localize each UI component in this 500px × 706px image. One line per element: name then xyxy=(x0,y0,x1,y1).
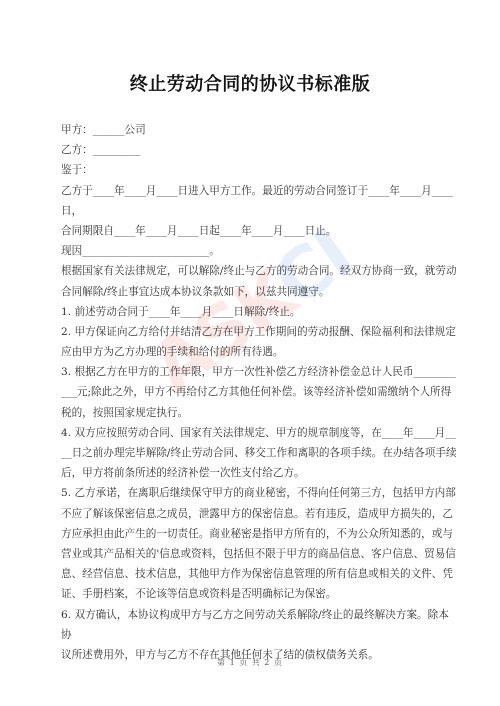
party-b-line: 乙方：_________ xyxy=(61,140,443,160)
clause-4-line-1: 4. 双方应按照劳动合同、国家有关法律规定、甲方的规章制度等，在____年___… xyxy=(61,423,443,443)
document-title: 终止劳动合同的协议书标准版 xyxy=(0,70,500,96)
clause-3-line-3: 税的，按照国家规定执行。 xyxy=(61,403,443,423)
clause-5-line-2: 不应了解该保密信息之成员，泄露甲方的保密信息。若有违反，造成甲方损失的，乙 xyxy=(61,504,443,524)
party-a-line: 甲方：______公司 xyxy=(61,120,443,140)
page-indicator: 第 1 页 共 2 页 xyxy=(0,657,500,668)
clause-5-line-4: 营业或其产品相关的'信息或资料，包括但不限于甲方的商品信息、客户信息、贸易信 xyxy=(61,544,443,564)
whereas-heading: 鉴于： xyxy=(61,160,443,180)
clause-2-line-2: 应由甲方为乙方办理的手续和给付的所有待遇。 xyxy=(61,342,443,362)
employment-date-line: 乙方于____年____月____日进入甲方工作。最近的劳动合同签订于____年… xyxy=(61,181,443,201)
clause-2-line-1: 2. 甲方保证向乙方给付并结清乙方在甲方工作期间的劳动报酬、保险福利和法律规定 xyxy=(61,322,443,342)
document-body: 甲方：______公司 乙方：_________ 鉴于： 乙方于____年___… xyxy=(61,120,443,665)
clause-5-line-6: 证、手册档案，不论该等信息或资料是否明确标记为保密。 xyxy=(61,584,443,604)
clause-3-line-2: ___元;除此之外，甲方不再给付乙方其他任何补偿。该等经济补偿如需缴纳个人所得 xyxy=(61,382,443,402)
employment-date-line-cont: 日， xyxy=(61,201,443,221)
clause-5-line-5: 息、经营信息、技术信息，其他甲方作为保密信息管理的所有信息或相关的文件、凭 xyxy=(61,564,443,584)
clause-5-line-3: 方应承担由此产生的一切责任。商业秘密是指甲方所有的，不为公众所知悉的，或与 xyxy=(61,524,443,544)
clause-4-line-2: __日之前办理完毕解除/终止劳动合同、移交工作和离职的各项手续。在办结各项手续 xyxy=(61,443,443,463)
reason-line: 现因________________________。 xyxy=(61,241,443,261)
document-page: ASKCI 终止劳动合同的协议书标准版 甲方：______公司 乙方：_____… xyxy=(0,0,500,706)
clause-6-line-2: 协 xyxy=(61,625,443,645)
clause-5-line-1: 5. 乙方承诺，在离职后继续保守甲方的商业秘密，不得向任何第三方，包括甲方内部 xyxy=(61,483,443,503)
preamble-line-2: 合同解除/终止事宜达成本协议条款如下，以兹共同遵守。 xyxy=(61,282,443,302)
contract-term-line: 合同期限自____年____月____日起____年____月____日止。 xyxy=(61,221,443,241)
clause-1: 1. 前述劳动合同于____年____月____日解除/终止。 xyxy=(61,302,443,322)
clause-3-line-1: 3. 根据乙方在甲方的工作年限，甲方一次性补偿乙方经济补偿金总计人民币_____… xyxy=(61,362,443,382)
clause-6-line-1: 6. 双方确认，本协议构成甲方与乙方之间劳动关系解除/终止的最终解决方案。除本 xyxy=(61,605,443,625)
preamble-line-1: 根据国家有关法律规定，可以解除/终止与乙方的劳动合同。经双方协商一致，就劳动 xyxy=(61,261,443,281)
clause-4-line-3: 后，甲方将前条所述的经济补偿一次性支付给乙方。 xyxy=(61,463,443,483)
